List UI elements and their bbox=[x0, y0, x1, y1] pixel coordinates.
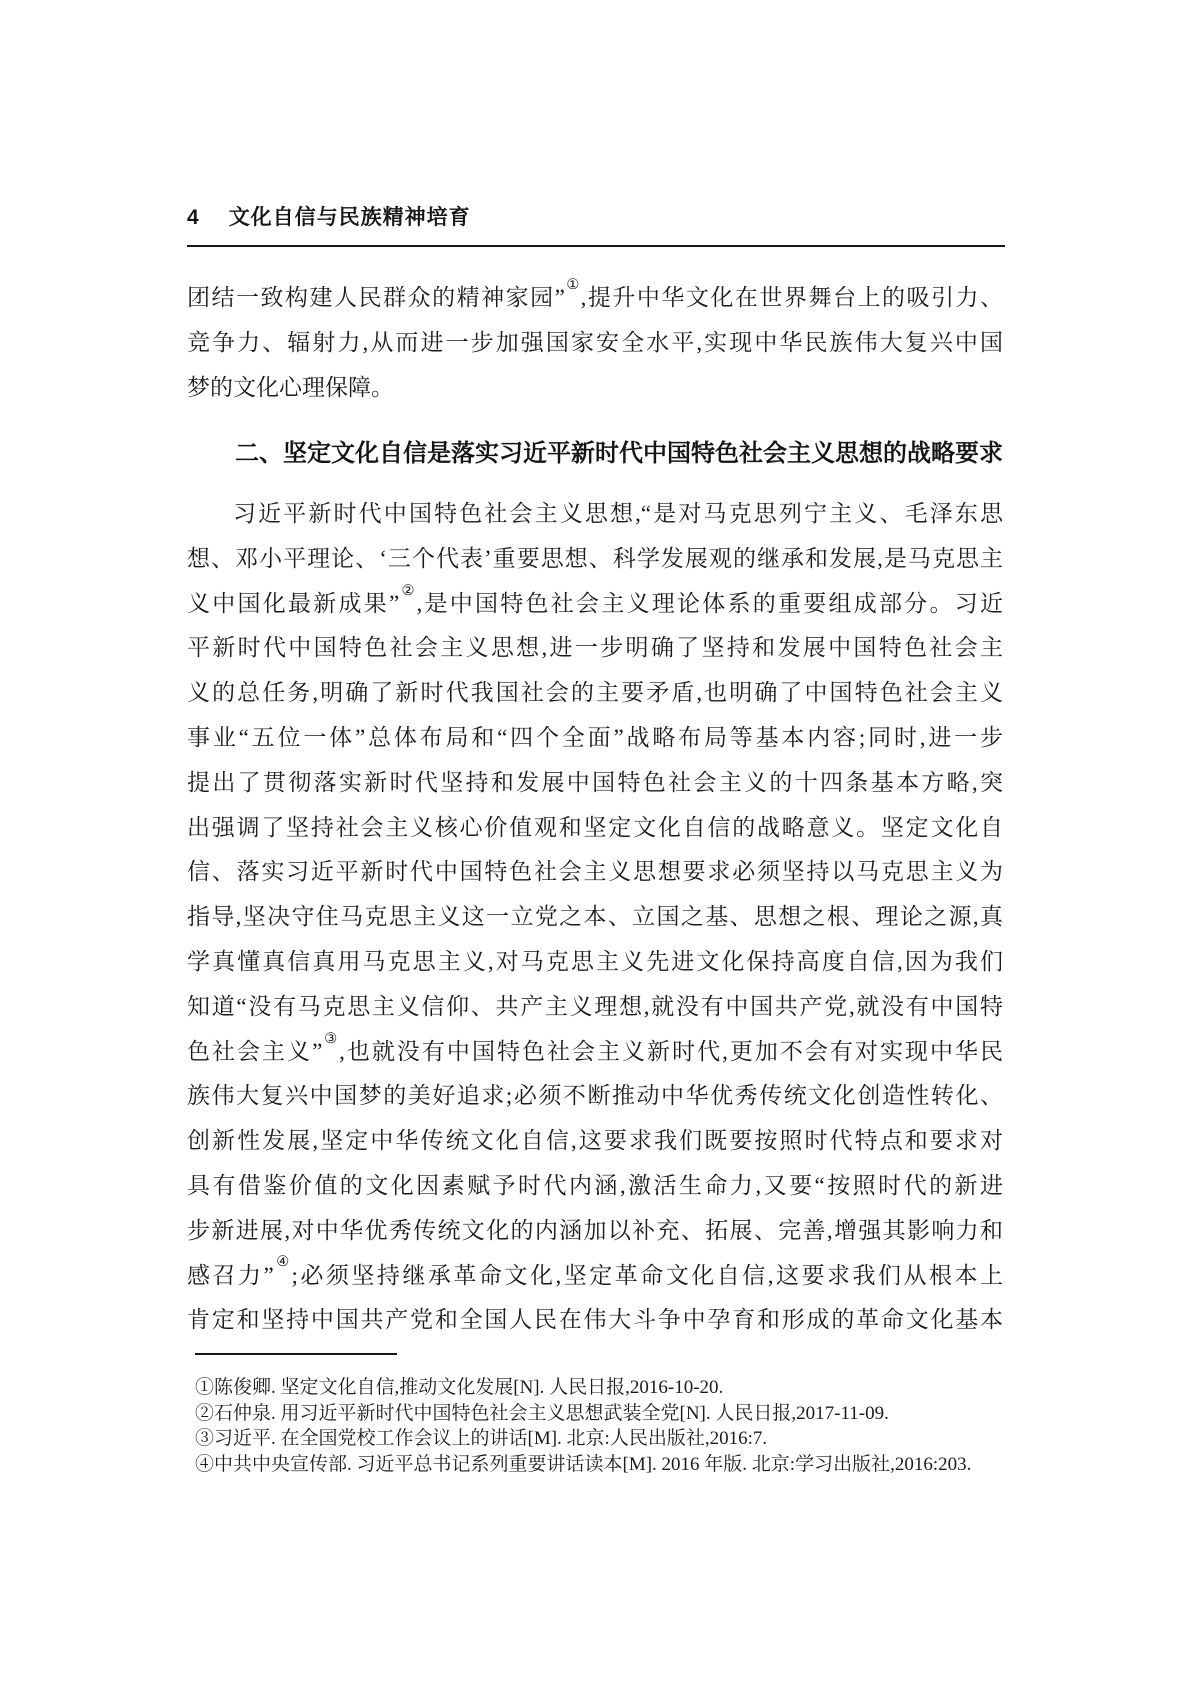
footnotes: ①陈俊卿. 坚定文化自信,推动文化发展[N]. 人民日报,2016-10-20.… bbox=[195, 1375, 1007, 1477]
text-line: 提出了贯彻落实新时代坚持和发展中国特色社会主义的十四条基本方略,突 bbox=[187, 761, 1003, 806]
text-line: 学真懂真信真用马克思主义,对马克思主义先进文化保持高度自信,因为我们 bbox=[187, 940, 1003, 985]
text-line: 色社会主义”③,也就没有中国特色社会主义新时代,更加不会有对实现中华民 bbox=[187, 1030, 1003, 1075]
text-line: 族伟大复兴中国梦的美好追求;必须不断推动中华优秀传统文化创造性转化、 bbox=[187, 1074, 1003, 1119]
footnote-line: ④中共中央宣传部. 习近平总书记系列重要讲话读本[M]. 2016 年版. 北京… bbox=[195, 1452, 1007, 1478]
text-line: 步新进展,对中华优秀传统文化的内涵加以补充、拓展、完善,增强其影响力和 bbox=[187, 1209, 1003, 1254]
para-main: 习近平新时代中国特色社会主义思想,“是对马克思列宁主义、毛泽东思想、邓小平理论、… bbox=[187, 492, 1003, 1343]
text-line: 指导,坚决守住马克思主义这一立党之本、立国之基、思想之根、理论之源,真 bbox=[187, 895, 1003, 940]
text-line: 肯定和坚持中国共产党和全国人民在伟大斗争中孕育和形成的革命文化基本 bbox=[187, 1298, 1003, 1343]
footnote-marker: ② bbox=[399, 583, 416, 599]
footnote-line: ③习近平. 在全国党校工作会议上的讲话[M]. 北京:人民出版社,2016:7. bbox=[195, 1426, 1007, 1452]
footnote-rule bbox=[195, 1353, 397, 1355]
text-line: 团结一致构建人民群众的精神家园”①,提升中华文化在世界舞台上的吸引力、 bbox=[187, 276, 1003, 321]
page-number: 4 bbox=[187, 207, 199, 228]
para-continuation: 团结一致构建人民群众的精神家园”①,提升中华文化在世界舞台上的吸引力、竞争力、辐… bbox=[187, 276, 1003, 410]
footnote-marker: ③ bbox=[322, 1031, 339, 1047]
text-line: 信、落实习近平新时代中国特色社会主义思想要求必须坚持以马克思主义为 bbox=[187, 850, 1003, 895]
text-line: 具有借鉴价值的文化因素赋予时代内涵,激活生命力,又要“按照时代的新进 bbox=[187, 1164, 1003, 1209]
text-line: 竞争力、辐射力,从而进一步加强国家安全水平,实现中华民族伟大复兴中国 bbox=[187, 321, 1003, 366]
text-line: 出强调了坚持社会主义核心价值观和坚定文化自信的战略意义。坚定文化自 bbox=[187, 806, 1003, 851]
footnote-line: ②石仲泉. 用习近平新时代中国特色社会主义思想武装全党[N]. 人民日报,201… bbox=[195, 1401, 1007, 1427]
text-line: 想、邓小平理论、‘三个代表’重要思想、科学发展观的继承和发展,是马克思主 bbox=[187, 537, 1003, 582]
text-line: 义的总任务,明确了新时代我国社会的主要矛盾,也明确了中国特色社会主义 bbox=[187, 671, 1003, 716]
footnote-line: ①陈俊卿. 坚定文化自信,推动文化发展[N]. 人民日报,2016-10-20. bbox=[195, 1375, 1007, 1401]
footnote-marker: ① bbox=[565, 277, 581, 293]
section-heading: 二、坚定文化自信是落实习近平新时代中国特色社会主义思想的战略要求 bbox=[187, 438, 1003, 470]
text-line: 梦的文化心理保障。 bbox=[187, 366, 1003, 411]
text-line: 平新时代中国特色社会主义思想,进一步明确了坚持和发展中国特色社会主 bbox=[187, 626, 1003, 671]
page-header: 4文化自信与民族精神培育 bbox=[187, 207, 1005, 228]
text-line: 感召力”④;必须坚持继承革命文化,坚定革命文化自信,这要求我们从根本上 bbox=[187, 1254, 1003, 1299]
running-title: 文化自信与民族精神培育 bbox=[229, 206, 471, 229]
text-line: 知道“没有马克思主义信仰、共产主义理想,就没有中国共产党,就没有中国特 bbox=[187, 985, 1003, 1030]
header-rule bbox=[187, 245, 1005, 247]
text-line: 习近平新时代中国特色社会主义思想,“是对马克思列宁主义、毛泽东思 bbox=[187, 492, 1003, 537]
book-page: 4文化自信与民族精神培育 团结一致构建人民群众的精神家园”①,提升中华文化在世界… bbox=[0, 0, 1190, 1684]
footnote-marker: ④ bbox=[274, 1254, 292, 1270]
text-line: 事业“五位一体”总体布局和“四个全面”战略布局等基本内容;同时,进一步 bbox=[187, 716, 1003, 761]
text-line: 义中国化最新成果”②,是中国特色社会主义理论体系的重要组成部分。习近 bbox=[187, 582, 1003, 627]
text-line: 创新性发展,坚定中华传统文化自信,这要求我们既要按照时代特点和要求对 bbox=[187, 1119, 1003, 1164]
